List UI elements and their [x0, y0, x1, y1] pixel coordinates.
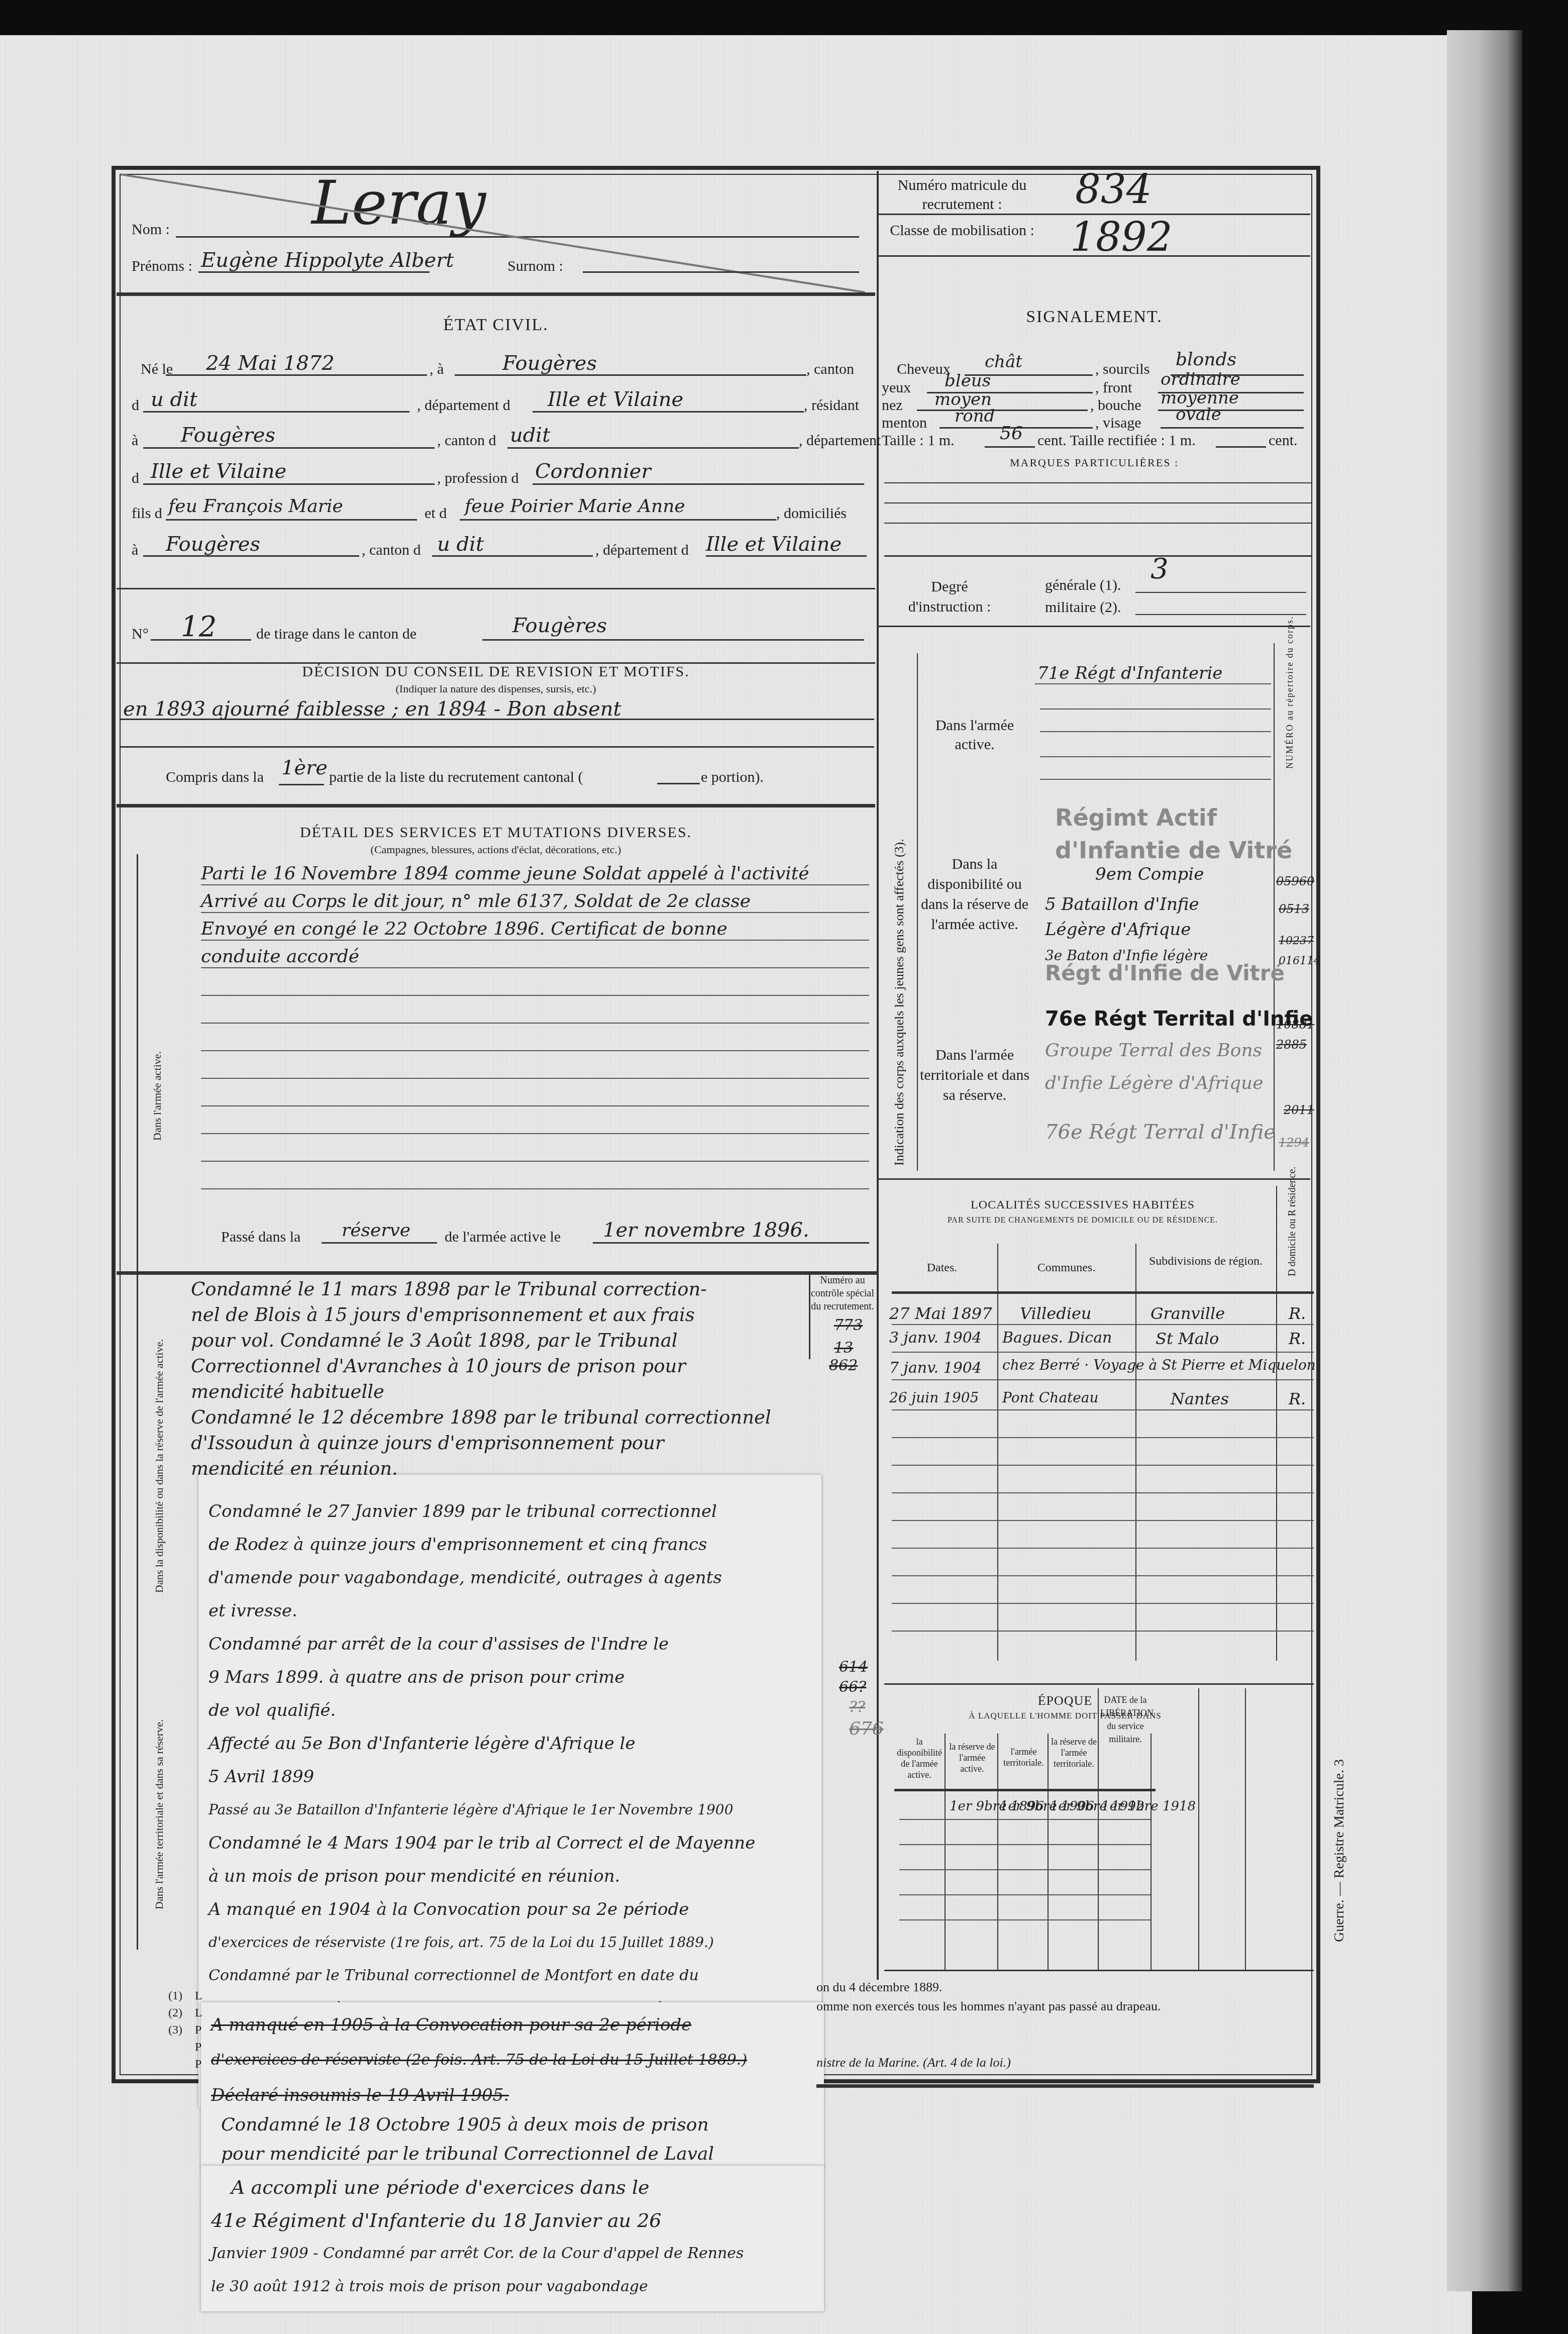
compris-line: [279, 784, 324, 785]
epoque-col-divider: [1098, 1688, 1099, 1970]
localites-row-line: [892, 1465, 1314, 1466]
controle-value: 773: [834, 1316, 863, 1334]
cheveux-value: chât: [985, 352, 1022, 372]
classe-value: 1892: [1070, 214, 1173, 260]
departement-line: [533, 411, 804, 413]
signalement-title: SIGNALEMENT.: [878, 308, 1310, 327]
row-date: 27 Mai 1897: [889, 1304, 992, 1323]
sourcils-label: , sourcils: [1095, 361, 1149, 378]
compris-label: Compris dans la: [166, 769, 264, 786]
service-entry: Arrivé au Corps le dit jour, n° mle 6137…: [201, 891, 751, 911]
passe-value: réserve: [342, 1220, 410, 1241]
etat-civil-divider: [117, 588, 875, 589]
passe-date-value: 1er novembre 1896.: [603, 1219, 809, 1242]
instruction-militaire-label: militaire (2).: [1045, 599, 1121, 616]
tirage-canton-line: [482, 639, 864, 641]
localites-col-divider: [997, 1244, 998, 1661]
row-subdivision: St Malo: [1156, 1329, 1219, 1348]
services-title: DÉTAIL DES SERVICES ET MUTATIONS DIVERSE…: [117, 824, 875, 841]
epoque-col-reserve-active: la réserve de l'armée active.: [947, 1741, 997, 1774]
localites-row-line: [892, 1409, 1314, 1410]
localites-col-divider: [1135, 1244, 1136, 1661]
row-subdivision: Granville: [1151, 1304, 1225, 1323]
residant-value: Fougères: [181, 424, 275, 447]
footnote-line-2: omme non exercés tous les hommes n'ayant…: [816, 1999, 1161, 2014]
compris-value: 1ère: [281, 756, 328, 779]
footnote-letter: L: [195, 2004, 202, 2021]
epoque-col-territoriale: l'armée territoriale.: [1000, 1746, 1048, 1768]
mutation-line: Condamné le 11 mars 1898 par le Tribunal…: [191, 1276, 809, 1302]
service-entry: Parti le 16 Novembre 1894 comme jeune So…: [201, 863, 809, 884]
tirage-canton-value: Fougères: [512, 614, 607, 637]
pasted-slip-3: A accompli une période d'exercices dans …: [201, 2166, 824, 2311]
slip-line: Condamné par arrêt de la cour d'assises …: [208, 1628, 816, 1661]
slip-line: de Rodez à quinze jours d'emprisonnement…: [208, 1528, 816, 1561]
footnote-letter: P: [195, 2039, 202, 2056]
localites-row-line: [892, 1379, 1314, 1380]
tirage-label: de tirage dans le canton de: [256, 626, 416, 643]
footnote-marker: (2): [168, 2004, 182, 2021]
canton2-line: [507, 447, 799, 449]
menton-label: menton: [882, 415, 927, 432]
canton2-label: , canton d: [437, 432, 496, 449]
service-line: [201, 1023, 869, 1024]
stamp-reg-vitre: Régt d'Infie de Vitré: [1045, 961, 1285, 985]
d-label: d: [132, 397, 139, 414]
sourcils-value: blonds: [1176, 349, 1236, 370]
service-line: [201, 1133, 869, 1134]
departement2-label: , département: [799, 432, 881, 449]
residant-line: [143, 447, 435, 449]
nom-label: Nom :: [132, 221, 170, 238]
canton-line: [143, 411, 409, 413]
epoque-col-divider: [1245, 1688, 1246, 1970]
pere-line: [166, 519, 417, 521]
taille-line: [985, 446, 1035, 448]
page-stack-edge: [1447, 30, 1522, 2291]
corps-disponibilite-entry: 5 Bataillon d'Infie: [1045, 894, 1199, 915]
repertoire-number: 10237: [1279, 935, 1314, 947]
conseil-revision-title: DÉCISION DU CONSEIL DE REVISION ET MOTIF…: [117, 663, 875, 680]
slip-line: le 30 août 1912 à trois mois de prison p…: [211, 2270, 744, 2303]
slip-line: Passé au 3e Bataillon d'Infanterie légèr…: [208, 1793, 816, 1826]
footnote-letter: P: [195, 2021, 202, 2039]
service-line: [201, 940, 869, 941]
marques-line-1: [884, 482, 1311, 483]
domicile-canton-value: u dit: [437, 533, 484, 556]
service-line: [201, 1105, 869, 1106]
localites-row-line: [892, 1352, 1314, 1353]
stamp-76e-territorial: 76e Régt Territal d'Infie: [1045, 1007, 1313, 1031]
instruction-divider: [878, 626, 1310, 627]
repertoire-number: 2885: [1276, 1038, 1307, 1052]
classe-label: Classe de mobilisation :: [882, 221, 1042, 240]
corps-territoriale-entry: d'Infie Légère d'Afrique: [1045, 1073, 1264, 1093]
domicile-value: Fougères: [166, 533, 260, 556]
epoque-row-line: [899, 1919, 1151, 1920]
localites-title: LOCALITÉS SUCCESSIVES HABITÉES: [884, 1198, 1281, 1212]
passe-label: Passé dans la: [221, 1229, 300, 1246]
section-divider: [117, 292, 875, 296]
localites-row-line: [892, 1437, 1314, 1438]
pere-value: feu François Marie: [168, 496, 343, 517]
slip-line: d'amende pour vagabondage, mendicité, ou…: [208, 1561, 816, 1594]
menton-value: rond: [955, 406, 995, 426]
epoque-col-divider: [945, 1734, 946, 1970]
corps-disponibilite-label: Dans la disponibilité ou dans la réserve…: [919, 854, 1030, 935]
d2-label: d: [132, 470, 139, 487]
visage-label: , visage: [1095, 415, 1141, 432]
marques-line-2: [884, 502, 1311, 503]
localites-row-line: [892, 1631, 1314, 1632]
corps-bottom-divider: [878, 1178, 1310, 1180]
stamp-vitre: d'Infantie de Vitré: [1055, 837, 1292, 864]
struck-line: Déclaré insoumis le 19 Avril 1905.: [211, 2078, 747, 2113]
localites-row-line: [892, 1548, 1314, 1549]
yeux-label: yeux: [882, 379, 911, 396]
col-header-dates: Dates.: [889, 1261, 995, 1275]
localites-row-line: [892, 1603, 1314, 1604]
mutations-side-divider: [137, 1271, 138, 1950]
profession-label: , profession d: [437, 470, 518, 487]
corps-territoriale-label: Dans l'armée territoriale et dans sa rés…: [919, 1045, 1030, 1105]
mere-value: feue Poirier Marie Anne: [465, 496, 685, 517]
departement-value: Ille et Vilaine: [548, 388, 683, 411]
residant-label: , résidant: [804, 397, 859, 414]
footnote-bottom-rule: [816, 2084, 1314, 2088]
passe-date-label: de l'armée active le: [445, 1229, 561, 1246]
localites-row-line: [892, 1324, 1314, 1325]
mutations-block: Condamné le 11 mars 1898 par le Tribunal…: [191, 1276, 809, 1481]
corps-line: [1040, 731, 1271, 732]
compris-divider: [117, 804, 875, 807]
corps-territoriale-entry: 76e Régt Terral d'Infie: [1045, 1121, 1276, 1144]
slip-line: A manqué en 1904 à la Convocation pour s…: [208, 1893, 816, 1926]
slip-line: de vol qualifié.: [208, 1694, 816, 1727]
canton2-value: udit: [510, 424, 550, 447]
cheveux-label: Cheveux: [897, 361, 951, 378]
registre-footer: Guerre. — Registre Matricule. 3: [1331, 1759, 1347, 1942]
conseil-revision-value: en 1893 ajourné faiblesse ; en 1894 - Bo…: [123, 697, 621, 721]
pasted-slip-2: A manqué en 1905 à la Convocation pour s…: [201, 2002, 824, 2168]
instruction-label: Degré d'instruction :: [899, 577, 1000, 617]
repertoire-number: 1294: [1279, 1136, 1309, 1150]
slip-line: Condamné par le Tribunal correctionnel d…: [208, 1959, 816, 1992]
taille-rectifiee-line: [1216, 446, 1266, 448]
row-commune: chez Berré · Voyage à St Pierre et Mique…: [1002, 1357, 1316, 1373]
col-header-subdivisions: Subdivisions de région.: [1138, 1254, 1274, 1269]
footnote-letter: P: [195, 2056, 202, 2073]
localites-subtitle: PAR SUITE DE CHANGEMENTS DE DOMICILE OU …: [884, 1216, 1281, 1225]
instruction-generale-line: [1135, 592, 1306, 593]
services-subtitle: (Campagnes, blessures, actions d'éclat, …: [117, 843, 875, 856]
bouche-label: , bouche: [1090, 397, 1141, 414]
prenoms-value: Eugène Hippolyte Albert: [201, 249, 454, 272]
numero-repertoire-header: NUMÉRO au répertoire du corps.: [1284, 653, 1296, 769]
stamp-regiment: Régimt Actif: [1055, 804, 1217, 831]
conseil-line-2: [121, 746, 874, 748]
controle-value: 13: [834, 1339, 853, 1357]
departement2-line: [143, 483, 435, 485]
domicile-a-label: à: [132, 542, 138, 559]
slip-line: 41e Régiment d'Infanterie du 18 Janvier …: [211, 2204, 744, 2237]
mutation-line: nel de Blois à 15 jours d'emprisonnement…: [191, 1302, 809, 1328]
service-line: [201, 995, 869, 996]
repertoire-number: 016114: [1279, 955, 1321, 967]
struck-line: A manqué en 1905 à la Convocation pour s…: [211, 2007, 747, 2043]
service-line: [201, 1050, 869, 1051]
row-date: 7 janv. 1904: [889, 1359, 982, 1377]
domicile-dept-value: Ille et Vilaine: [706, 533, 842, 556]
col-header-domicile-residence: D domicile ou R résidence.: [1286, 1191, 1298, 1276]
footnote-markers: (1) (2) (3): [168, 1987, 182, 2039]
instruction-generale-value: 3: [1151, 553, 1169, 585]
corps-disponibilite-entry: Légère d'Afrique: [1045, 920, 1191, 940]
liberation-header: DATE de la LIBÉRATION du service militai…: [1100, 1693, 1151, 1746]
epoque-col-divider: [997, 1734, 998, 1970]
domicilies-label: , domiciliés: [776, 505, 847, 522]
tirage-no-value: 12: [181, 611, 217, 643]
row-commune: Pont Chateau: [1002, 1389, 1098, 1406]
numero-matricule-value: 834: [1075, 166, 1152, 213]
mutation-line: Condamné le 12 décembre 1898 par le trib…: [191, 1404, 809, 1430]
liberation-value: 1er 9bre 1918: [1101, 1799, 1196, 1814]
marques-label: MARQUES PARTICULIÈRES :: [878, 456, 1310, 469]
et-label: et d: [425, 505, 447, 522]
marques-divider: [884, 555, 1311, 557]
service-line: [201, 912, 869, 913]
epoque-row-line: [899, 1894, 1151, 1895]
row-commune: Bagues. Dican: [1002, 1329, 1112, 1347]
numero-matricule-label: Numéro matricule du recrutement :: [882, 176, 1042, 214]
row-type: R.: [1289, 1304, 1306, 1323]
footnote-letter: L: [195, 1987, 202, 2004]
corps-active-label: Dans l'armée active.: [919, 716, 1030, 754]
repertoire-number: 10881: [1276, 1018, 1314, 1032]
row-date: 26 juin 1905: [889, 1389, 979, 1406]
compris-partie-label: partie de la liste du recrutement canton…: [329, 769, 583, 786]
instruction-generale-label: générale (1).: [1045, 577, 1121, 594]
side-label-active: Dans l'armée active.: [151, 1051, 164, 1141]
epoque-header-rule: [894, 1789, 1156, 1791]
service-line: [201, 967, 869, 968]
corps-disponibilite-entry: 9em Compie: [1095, 864, 1204, 884]
corps-active-entry: 71e Régt d'Infanterie: [1037, 663, 1222, 683]
row-type: R.: [1289, 1389, 1306, 1408]
row-date: 3 janv. 1904: [889, 1329, 982, 1347]
slip-line: Condamné le 27 Janvier 1899 par le tribu…: [208, 1495, 816, 1528]
services-bottom-divider: [117, 1271, 878, 1275]
controle-value: 66?: [839, 1678, 866, 1696]
slip-line: Affecté au 5e Bon d'Infanterie légère d'…: [208, 1727, 816, 1760]
residant-a-label: à: [132, 432, 138, 449]
struck-line: d'exercices de réserviste (2e fois. Art.…: [211, 2043, 747, 2078]
side-label-disponibilite: Dans la disponibilité ou dans la réserve…: [151, 1291, 168, 1593]
conseil-revision-subtitle: (Indiquer la nature des dispenses, sursi…: [117, 682, 875, 695]
localites-col-divider: [1276, 1186, 1277, 1661]
taille-label: Taille : 1 m.: [882, 432, 955, 449]
controle-value: 676: [849, 1718, 884, 1739]
portion-label: e portion).: [701, 769, 764, 786]
epoque-title: ÉPOQUE: [894, 1693, 1236, 1708]
corps-line: [1040, 708, 1271, 709]
controle-header: Numéro au contrôle spécial du recrutemen…: [810, 1274, 875, 1313]
corps-vertical-label: Indication des corps auxquels les jeunes…: [892, 839, 907, 1166]
corps-line: [1040, 779, 1271, 780]
marques-line-3: [884, 523, 1311, 524]
corps-line: [1035, 683, 1271, 684]
front-label: , front: [1095, 379, 1132, 396]
epoque-col-divider: [1048, 1734, 1049, 1970]
nez-label: nez: [882, 397, 903, 414]
epoque-col-reserve-territoriale: la réserve de l'armée territoriale.: [1050, 1736, 1098, 1769]
slip-line: 5 Avril 1899: [208, 1760, 816, 1793]
slip-line: Janvier 1909 - Condamné par arrêt Cor. d…: [211, 2237, 744, 2270]
localites-row-line: [892, 1492, 1314, 1493]
slip-line: Condamné le 18 Octobre 1905 à deux mois …: [221, 2110, 714, 2140]
fils-label: fils d: [132, 505, 162, 522]
service-line: [201, 1188, 869, 1189]
departement2-value: Ille et Vilaine: [151, 460, 286, 483]
repertoire-number: 05960: [1276, 874, 1314, 888]
footnote-line-1: on du 4 décembre 1889.: [816, 1980, 943, 1995]
mutation-line: mendicité habituelle: [191, 1379, 809, 1404]
slip-line: à un mois de prison pour mendicité en ré…: [208, 1860, 816, 1893]
mere-line: [460, 519, 776, 521]
footnote-marker: (1): [168, 1987, 182, 2004]
classe-divider: [878, 255, 1310, 257]
portion-line: [657, 783, 700, 784]
profession-line: [533, 483, 864, 485]
epoque-row-line: [899, 1844, 1151, 1845]
controle-value: 614: [839, 1658, 868, 1676]
slip-line: Condamné le 4 Mars 1904 par le trib al C…: [208, 1826, 816, 1860]
slip-line: d'exercices de réserviste (1re fois, art…: [208, 1926, 816, 1959]
localites-bottom-divider: [884, 1683, 1314, 1685]
tirage-no-label: N°: [132, 626, 149, 643]
service-line: [201, 1161, 869, 1162]
row-type: R.: [1289, 1329, 1306, 1348]
service-entry: Envoyé en congé le 22 Octobre 1896. Cert…: [201, 919, 727, 939]
footnote-marker: (3): [168, 2021, 182, 2039]
epoque-col-divider: [1151, 1734, 1152, 1970]
etat-civil-title: ÉTAT CIVIL.: [117, 316, 875, 335]
cent-label: cent.: [1269, 432, 1297, 449]
visage-line: [1161, 427, 1304, 429]
canton-value: u dit: [151, 388, 197, 411]
numero-column-divider: [1274, 643, 1275, 1171]
a-label: , à: [430, 361, 444, 378]
controle-value: ??: [849, 1698, 865, 1716]
localites-header-rule: [892, 1291, 1314, 1294]
canton-label: , canton: [806, 361, 854, 378]
row-subdivision: Nantes: [1171, 1389, 1229, 1408]
col-header-communes: Communes.: [1000, 1261, 1133, 1275]
domicile-dept-label: , département d: [595, 542, 689, 559]
domicile-canton-label: , canton d: [362, 542, 421, 559]
corps-territoriale-entry: Groupe Terral des Bons: [1045, 1040, 1262, 1061]
mutation-line: Correctionnel d'Avranches à 10 jours de …: [191, 1353, 809, 1379]
epoque-col-disponibilite: la disponibilité de l'armée active.: [894, 1736, 945, 1780]
a-value: Fougères: [502, 352, 597, 375]
mutation-line: pour vol. Condamné le 3 Août 1898, par l…: [191, 1328, 809, 1353]
surnom-line: [583, 271, 859, 273]
taille-rectifiee-label: cent. Taille rectifiée : 1 m.: [1037, 432, 1196, 449]
footnote-letters: L L P P P: [195, 1987, 202, 2073]
service-line: [201, 884, 869, 885]
service-line: [201, 1078, 869, 1079]
epoque-bottom-divider: [884, 1970, 1314, 1971]
epoque-row-line: [899, 1869, 1151, 1870]
front-value: ordinaire: [1161, 369, 1240, 389]
nez-line: [917, 410, 1088, 411]
taille-value: 56: [1000, 423, 1023, 444]
instruction-militaire-line: [1135, 614, 1306, 615]
side-label-territoriale: Dans l'armée territoriale et dans sa rés…: [151, 1719, 168, 1909]
repertoire-number: 2011: [1284, 1103, 1314, 1117]
slip-line: pour mendicité par le tribunal Correctio…: [221, 2140, 714, 2169]
service-entry: conduite accordé: [201, 946, 359, 967]
slip-line: 9 Mars 1899. à quatre ans de prison pour…: [208, 1661, 816, 1694]
passe-line: [322, 1242, 437, 1244]
footnote-line-3: nistre de la Marine. (Art. 4 de la loi.): [816, 2055, 1011, 2070]
epoque-row-line: [899, 1819, 1151, 1820]
localites-row-line: [892, 1575, 1314, 1576]
corps-side-divider: [917, 653, 918, 1171]
epoque-subtitle: À LAQUELLE L'HOMME DOIT PASSER DANS: [894, 1711, 1236, 1721]
epoque-col-divider: [1198, 1688, 1199, 1970]
corps-line: [1040, 756, 1271, 757]
slip-line: et ivresse.: [208, 1594, 816, 1628]
prenoms-label: Prénoms :: [132, 258, 192, 275]
passe-date-line: [593, 1242, 869, 1244]
controle-value: 862: [829, 1357, 858, 1374]
mutation-line: d'Issoudun à quinze jours d'emprisonneme…: [191, 1430, 809, 1456]
slip-line: A accompli une période d'exercices dans …: [211, 2171, 744, 2204]
surnom-label: Surnom :: [507, 258, 563, 275]
visage-value: ovale: [1176, 404, 1221, 425]
localites-row-line: [892, 1520, 1314, 1521]
yeux-value: bleus: [945, 371, 991, 391]
row-commune: Villedieu: [1020, 1304, 1091, 1323]
profession-value: Cordonnier: [535, 460, 651, 483]
repertoire-number: 0513: [1279, 902, 1309, 916]
ne-le-value: 24 Mai 1872: [206, 352, 335, 375]
departement-label: , département d: [417, 397, 510, 414]
